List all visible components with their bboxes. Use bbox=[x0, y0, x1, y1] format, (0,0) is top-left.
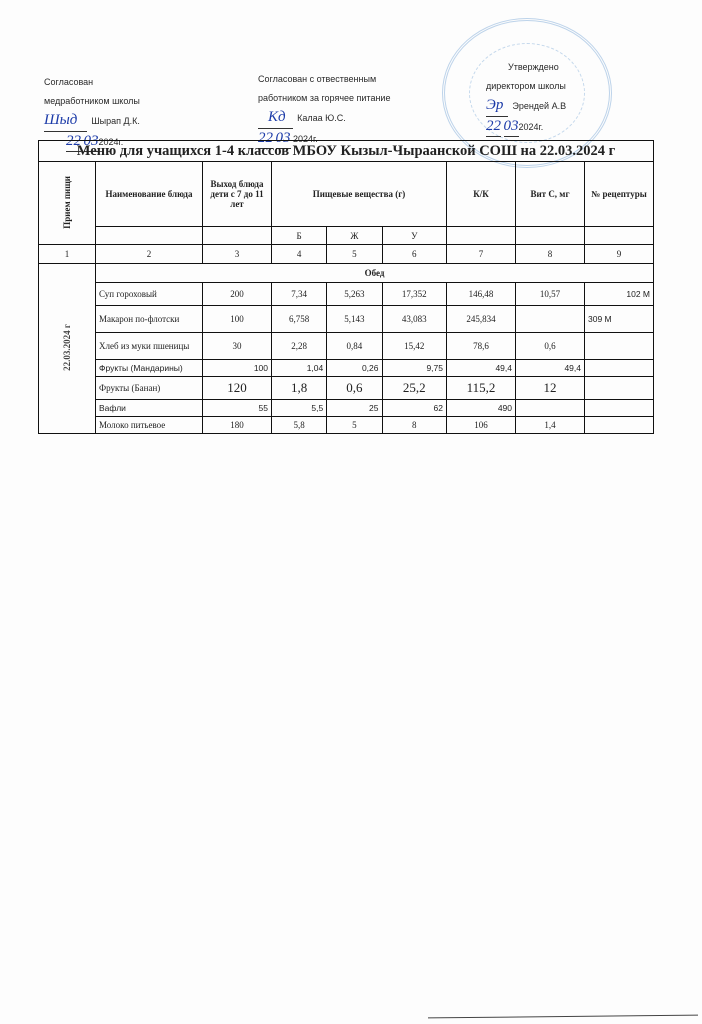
dish-kcal: 490 bbox=[447, 400, 516, 417]
table-row: Суп гороховый 200 7,34 5,263 17,352 146,… bbox=[39, 283, 654, 306]
approval-heading: Согласован с отвественным bbox=[258, 70, 390, 89]
column-number: 7 bbox=[447, 245, 516, 264]
dish-fat: 0,26 bbox=[327, 360, 382, 377]
subheader-carbs: У bbox=[382, 227, 447, 245]
table-row: Вафли 55 5,5 25 62 490 bbox=[39, 400, 654, 417]
dish-vitc: 0,6 bbox=[516, 333, 585, 360]
dish-fat: 5,263 bbox=[327, 283, 382, 306]
dish-name: Суп гороховый bbox=[96, 283, 203, 306]
dish-recipe: 102 М bbox=[585, 283, 654, 306]
table-row: Фрукты (Банан) 120 1,8 0,6 25,2 115,2 12 bbox=[39, 377, 654, 400]
dish-carbs: 43,083 bbox=[382, 306, 447, 333]
dish-protein: 2,28 bbox=[272, 333, 327, 360]
dish-name: Молоко питьевое bbox=[96, 417, 203, 434]
header-meal: Прием пищи bbox=[62, 176, 72, 229]
dish-kcal: 115,2 bbox=[447, 377, 516, 400]
dish-kcal: 146,48 bbox=[447, 283, 516, 306]
dish-carbs: 17,352 bbox=[382, 283, 447, 306]
dish-fat: 25 bbox=[327, 400, 382, 417]
signer-name: Калаа Ю.С. bbox=[297, 113, 346, 123]
signer-name: Эрендей А.В bbox=[512, 101, 566, 111]
menu-date: 22.03.2024 г bbox=[62, 324, 72, 371]
table-row: Макарон по-флотски 100 6,758 5,143 43,08… bbox=[39, 306, 654, 333]
signature: Эр bbox=[486, 97, 503, 113]
header-row: Прием пищи Наименование блюда Выход блюд… bbox=[39, 162, 654, 227]
dish-kcal: 49,4 bbox=[447, 360, 516, 377]
dish-carbs: 15,42 bbox=[382, 333, 447, 360]
approval-director: Утверждено директором школы Эр Эрендей А… bbox=[486, 58, 566, 137]
column-number: 9 bbox=[585, 245, 654, 264]
header-recipe: № рецептуры bbox=[585, 162, 654, 227]
dish-recipe bbox=[585, 377, 654, 400]
dish-recipe: 309 М bbox=[585, 306, 654, 333]
dish-yield: 100 bbox=[203, 306, 272, 333]
date-day: 22 bbox=[486, 117, 501, 137]
dish-recipe bbox=[585, 333, 654, 360]
dish-yield: 30 bbox=[203, 333, 272, 360]
approval-role: директором школы bbox=[486, 77, 566, 96]
subheader-row: Б Ж У bbox=[39, 227, 654, 245]
header-yield: Выход блюда дети с 7 до 11 лет bbox=[203, 162, 272, 227]
signature: Кд bbox=[268, 109, 286, 125]
dish-vitc bbox=[516, 306, 585, 333]
dish-carbs: 9,75 bbox=[382, 360, 447, 377]
column-number: 5 bbox=[327, 245, 382, 264]
dish-fat: 0,84 bbox=[327, 333, 382, 360]
dish-name: Фрукты (Банан) bbox=[96, 377, 203, 400]
date-year: 2024г. bbox=[519, 122, 544, 132]
dish-name: Макарон по-флотски bbox=[96, 306, 203, 333]
menu-title: Меню для учащихся 1-4 классов МБОУ Кызыл… bbox=[39, 141, 654, 162]
table-row: Фрукты (Мандарины) 100 1,04 0,26 9,75 49… bbox=[39, 360, 654, 377]
table-row: Хлеб из муки пшеницы 30 2,28 0,84 15,42 … bbox=[39, 333, 654, 360]
section-row: 22.03.2024 г Обед bbox=[39, 264, 654, 283]
column-number: 6 bbox=[382, 245, 447, 264]
dish-protein: 5,8 bbox=[272, 417, 327, 434]
dish-vitc bbox=[516, 400, 585, 417]
dish-vitc: 12 bbox=[516, 377, 585, 400]
date-month: 03 bbox=[504, 117, 519, 137]
dish-yield: 200 bbox=[203, 283, 272, 306]
column-number: 1 bbox=[39, 245, 96, 264]
dish-yield: 55 bbox=[203, 400, 272, 417]
table-row: Молоко питьевое 180 5,8 5 8 106 1,4 bbox=[39, 417, 654, 434]
subheader-fat: Ж bbox=[327, 227, 382, 245]
approval-role: работником за горячее питание bbox=[258, 89, 390, 108]
approval-role: медработником школы bbox=[44, 92, 140, 111]
dish-kcal: 106 bbox=[447, 417, 516, 434]
header-kcal: К/К bbox=[447, 162, 516, 227]
dish-carbs: 8 bbox=[382, 417, 447, 434]
dish-recipe bbox=[585, 417, 654, 434]
dish-carbs: 62 bbox=[382, 400, 447, 417]
dish-carbs: 25,2 bbox=[382, 377, 447, 400]
scan-edge-line bbox=[428, 1015, 698, 1019]
dish-recipe bbox=[585, 400, 654, 417]
dish-vitc: 49,4 bbox=[516, 360, 585, 377]
dish-protein: 1,04 bbox=[272, 360, 327, 377]
dish-yield: 180 bbox=[203, 417, 272, 434]
dish-fat: 5,143 bbox=[327, 306, 382, 333]
dish-name: Фрукты (Мандарины) bbox=[96, 360, 203, 377]
subheader-protein: Б bbox=[272, 227, 327, 245]
dish-fat: 5 bbox=[327, 417, 382, 434]
dish-protein: 6,758 bbox=[272, 306, 327, 333]
approval-food-service: Согласован с отвественным работником за … bbox=[258, 70, 390, 149]
header-vitc: Вит С, мг bbox=[516, 162, 585, 227]
section-lunch: Обед bbox=[96, 264, 654, 283]
header-dish: Наименование блюда bbox=[96, 162, 203, 227]
dish-yield: 120 bbox=[203, 377, 272, 400]
header-nutrients: Пищевые вещества (г) bbox=[272, 162, 447, 227]
column-number: 2 bbox=[96, 245, 203, 264]
column-number: 8 bbox=[516, 245, 585, 264]
dish-name: Вафли bbox=[96, 400, 203, 417]
dish-kcal: 245,834 bbox=[447, 306, 516, 333]
signature: Шыд bbox=[44, 112, 77, 128]
approval-heading: Согласован bbox=[44, 73, 140, 92]
approval-heading: Утверждено bbox=[486, 58, 566, 77]
dish-vitc: 1,4 bbox=[516, 417, 585, 434]
dish-kcal: 78,6 bbox=[447, 333, 516, 360]
dish-protein: 1,8 bbox=[272, 377, 327, 400]
dish-vitc: 10,57 bbox=[516, 283, 585, 306]
menu-table: Меню для учащихся 1-4 классов МБОУ Кызыл… bbox=[38, 140, 654, 434]
column-number: 3 bbox=[203, 245, 272, 264]
dish-yield: 100 bbox=[203, 360, 272, 377]
dish-name: Хлеб из муки пшеницы bbox=[96, 333, 203, 360]
dish-protein: 5,5 bbox=[272, 400, 327, 417]
signer-name: Шырап Д.К. bbox=[91, 116, 139, 126]
column-number: 4 bbox=[272, 245, 327, 264]
dish-recipe bbox=[585, 360, 654, 377]
dish-fat: 0,6 bbox=[327, 377, 382, 400]
column-numbers-row: 1 2 3 4 5 6 7 8 9 bbox=[39, 245, 654, 264]
dish-protein: 7,34 bbox=[272, 283, 327, 306]
